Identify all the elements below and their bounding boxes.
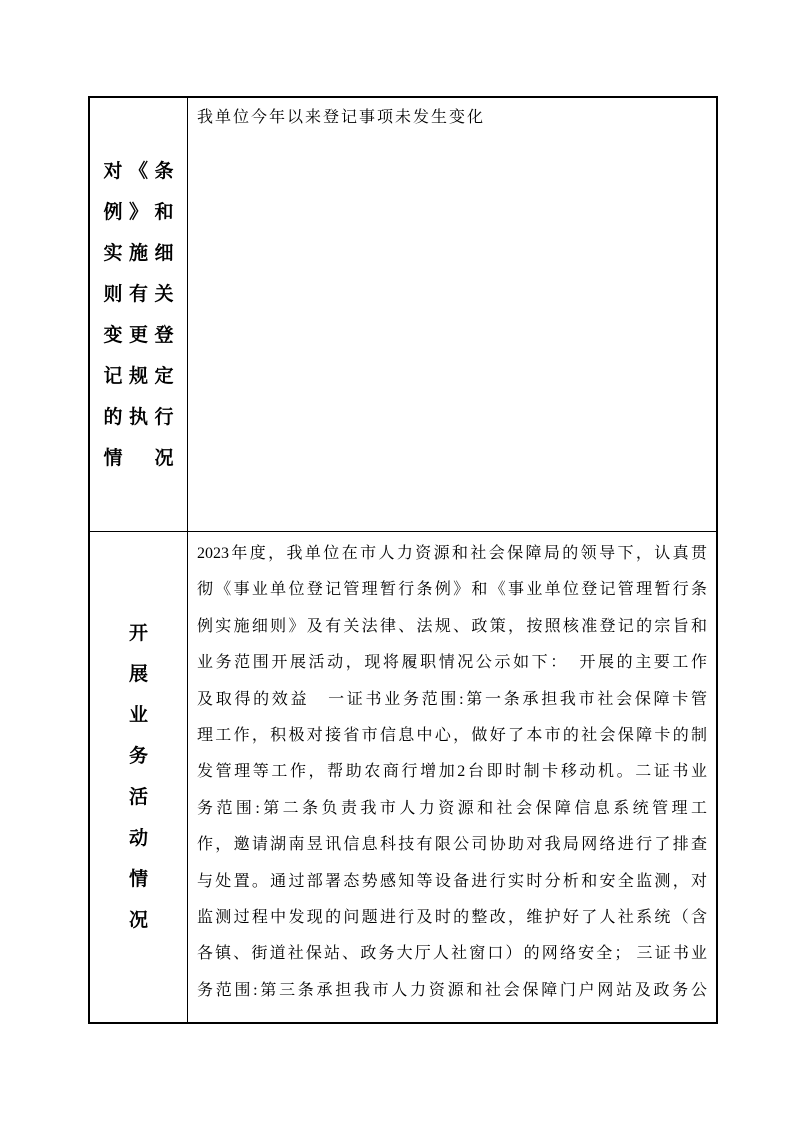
text-line: 情 [104,859,174,900]
cell-label-regulation-compliance: 对《条例》和实施细则有关变更登记规定的执行情况 [90,98,188,532]
text-line: 展 [104,654,174,695]
text-line: 情况 [104,438,174,479]
text-line: 发管理等工作，帮助农商行增加2台即时制卡移动机。二证书业 [197,754,707,790]
text-line: 业务范围开展活动，现将履职情况公示如下： 开展的主要工作 [197,645,707,681]
text-line: 例》和 [104,192,174,233]
cell-content-regulation-compliance: 我单位今年以来登记事项未发生变化 [188,98,716,532]
text-line: 况 [104,900,174,941]
text-line: 各镇、街道社保站、政务大厅人社窗口）的网络安全； 三证书业 [197,936,707,972]
text-line: 例实施细则》及有关法律、法规、政策，按照核准登记的宗旨和 [197,609,707,645]
text-line: 监测过程中发现的问题进行及时的整改，维护好了人社系统（含 [197,900,707,936]
cell-content-business-activities: 2023年度，我单位在市人力资源和社会保障局的领导下，认真贯彻《事业单位登记管理… [188,532,716,1022]
row-label-business-activities: 开展业务活动情况 [104,613,174,941]
text-line: 作，邀请湖南昱讯信息科技有限公司协助对我局网络进行了排查 [197,827,707,863]
text-line: 变更登 [104,315,174,356]
text-line: 活 [104,777,174,818]
text-line: 的执行 [104,397,174,438]
text-line: 理工作，积极对接省市信息中心，做好了本市的社会保障卡的制 [197,718,707,754]
text-line: 则有关 [104,274,174,315]
text-line: 动 [104,818,174,859]
text-line: 务范围:第三条承担我市人力资源和社会保障门户网站及政务公 [197,973,707,1009]
text-line: 务范围:第二条负责我市人力资源和社会保障信息系统管理工 [197,791,707,827]
text-line: 实施细 [104,233,174,274]
text-line: 务 [104,736,174,777]
text-line: 对《条 [104,151,174,192]
text-line: 与处置。通过部署态势感知等设备进行实时分析和安全监测，对 [197,864,707,900]
cell-label-business-activities: 开展业务活动情况 [90,532,188,1022]
text-line: 记规定 [104,356,174,397]
text-line: 2023年度，我单位在市人力资源和社会保障局的领导下，认真贯 [197,536,707,572]
document-page: 对《条例》和实施细则有关变更登记规定的执行情况 我单位今年以来登记事项未发生变化… [0,0,794,1122]
text-line: 及取得的效益 一证书业务范围:第一条承担我市社会保障卡管 [197,682,707,718]
text-line: 业 [104,695,174,736]
annual-report-table: 对《条例》和实施细则有关变更登记规定的执行情况 我单位今年以来登记事项未发生变化… [88,96,718,1024]
regulation-compliance-text: 我单位今年以来登记事项未发生变化 [197,100,707,136]
row-label-regulation-compliance: 对《条例》和实施细则有关变更登记规定的执行情况 [104,151,174,479]
text-line: 开 [104,613,174,654]
text-line: 彻《事业单位登记管理暂行条例》和《事业单位登记管理暂行条 [197,572,707,608]
business-activities-text: 2023年度，我单位在市人力资源和社会保障局的领导下，认真贯彻《事业单位登记管理… [197,536,707,1009]
text-line: 我单位今年以来登记事项未发生变化 [197,100,707,136]
